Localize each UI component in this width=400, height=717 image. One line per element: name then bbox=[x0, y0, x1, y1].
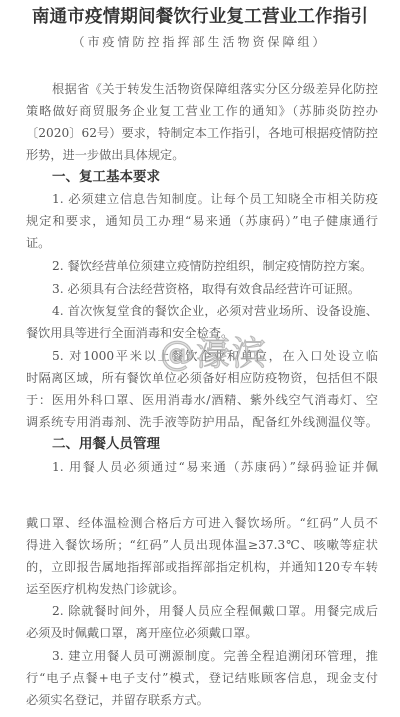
section-heading: 一、复工基本要求 bbox=[52, 166, 160, 188]
list-item-line: 于：医用外科口罩、医用消毒水/酒精、紫外线空气消毒灯、空 bbox=[26, 389, 378, 411]
section-heading: 二、用餐人员管理 bbox=[52, 433, 160, 455]
list-item-line: 的，立即报告属地指挥部或指挥部指定机构，并通知120专车转 bbox=[26, 556, 378, 578]
document-title: 南通市疫情期间餐饮行业复工营业工作指引 bbox=[0, 6, 400, 28]
list-item-line: 必须实名登记，并留存联系方式。 bbox=[26, 689, 378, 711]
list-item-line: 2. 除就餐时间外，用餐人员应全程佩戴口罩。用餐完成后 bbox=[52, 600, 378, 622]
list-item-line: 1. 用餐人员必须通过“易来通（苏康码）”绿码验证并佩 bbox=[52, 456, 378, 478]
list-item-line: 运至医疗机构发热门诊就诊。 bbox=[26, 578, 378, 600]
list-item-line: 戴口罩、经体温检测合格后方可进入餐饮场所。“红码”人员不 bbox=[26, 512, 378, 534]
list-item-line: 规定和要求，通知员工办理“易来通（苏康码）”电子健康通行 bbox=[26, 210, 378, 232]
list-item-line: 3. 建立用餐人员可溯源制度。完善全程追溯闭环管理，推 bbox=[52, 645, 378, 667]
list-item-line: 证。 bbox=[26, 232, 378, 254]
list-item-line: 时隔离区域，所有餐饮单位必须备好相应防疫物资，包括但不限 bbox=[26, 367, 378, 389]
list-item-line: 必须及时佩戴口罩，离开座位必须戴口罩。 bbox=[26, 622, 378, 644]
list-item-line: 得进入餐饮场所；“红码”人员出现体温≥37.3℃、咳嗽等症状 bbox=[26, 534, 378, 556]
list-item-line: 4. 首次恢复堂食的餐饮企业，必须对营业场所、设备设施、 bbox=[52, 300, 378, 322]
list-item-line: 2. 餐饮经营单位须建立疫情防控组织，制定疫情防控方案。 bbox=[52, 255, 378, 277]
intro-line: 形势，进一步做出具体规定。 bbox=[26, 144, 378, 166]
document-subtitle: （市疫情防控指挥部生活物资保障组） bbox=[0, 32, 400, 52]
list-item-line: 调系统专用消毒剂、洗手液等防护用品，配备红外线测温仪等。 bbox=[26, 411, 378, 433]
intro-line: 策略做好商贸服务企业复工营业工作的通知》（苏肺炎防控办 bbox=[26, 100, 378, 122]
intro-line: 根据省《关于转发生活物资保障组落实分区分级差异化防控 bbox=[52, 78, 378, 100]
list-item-line: 餐饮用具等进行全面消毒和安全检查。 bbox=[26, 322, 378, 344]
list-item-line: 5. 对1000平米以上餐饮企业和单位，在入口处设立临 bbox=[52, 345, 378, 367]
document-page: 南通市疫情期间餐饮行业复工营业工作指引 （市疫情防控指挥部生活物资保障组） 根据… bbox=[0, 0, 400, 717]
list-item-line: 1. 必须建立信息告知制度。让每个员工知晓全市相关防疫 bbox=[52, 188, 378, 210]
list-item-line: 行“电子点餐+电子支付”模式，登记结账顾客信息，现金支付 bbox=[26, 667, 378, 689]
intro-line: 〔2020〕62号）要求，特制定本工作指引，各地可根据疫情防控 bbox=[26, 122, 378, 144]
list-item-line: 3. 必须具有合法经营资格，取得有效食品经营许可证照。 bbox=[52, 278, 378, 300]
